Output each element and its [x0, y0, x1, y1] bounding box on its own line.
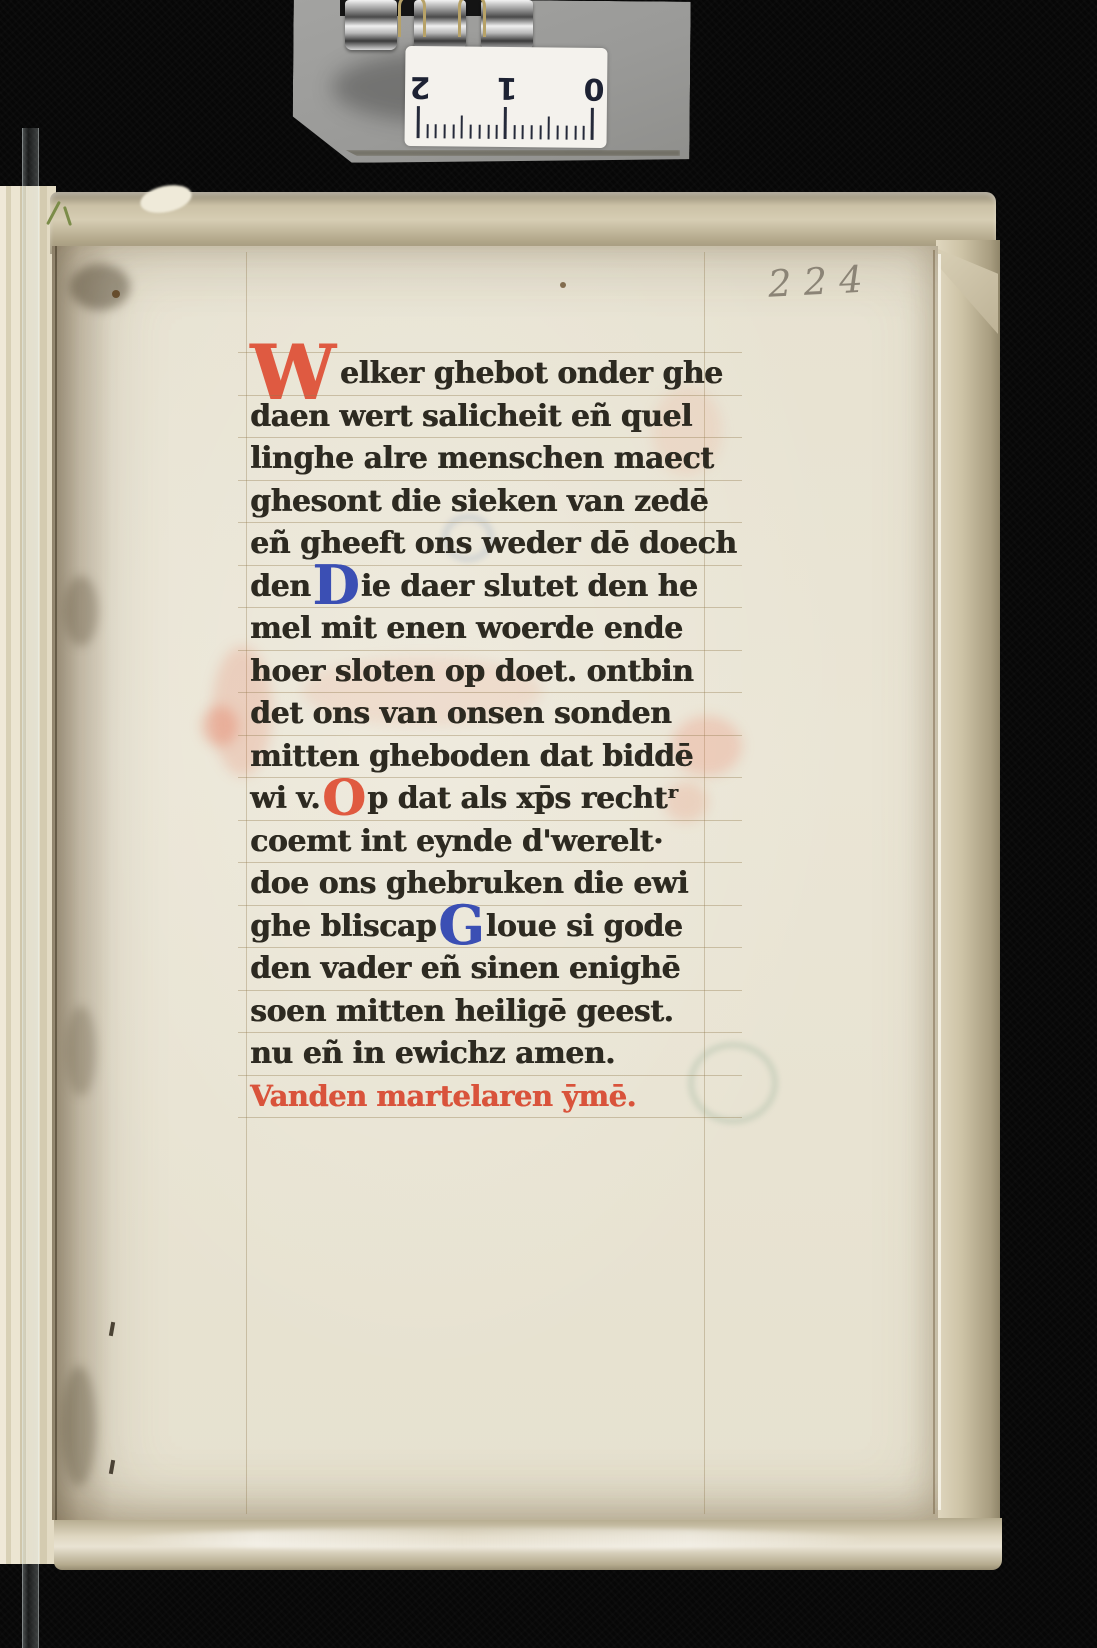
text-line: mitten gheboden dat biddē [238, 735, 742, 778]
ruler-tick [426, 124, 428, 138]
stain [70, 264, 130, 310]
ruler-tick [470, 125, 472, 139]
text-segment: coemt int eynde d'werelt· [250, 824, 663, 859]
book-cover-top-edge [50, 192, 996, 254]
text-line: Welker ghebot onder ghe [238, 352, 742, 395]
text-line: ghe bliscapGloue si gode [238, 905, 742, 948]
text-line: denDie daer slutet den he [238, 565, 742, 608]
clip-wire-icon [398, 0, 426, 37]
text-line: doe ons ghebruken die ewi [238, 862, 742, 905]
book-cover-fore-edge [936, 240, 1000, 1540]
initial-letter: O [322, 768, 365, 827]
ruler-label: 0 [579, 71, 609, 106]
text-segment: nu eñ in ewichz amen. [250, 1036, 615, 1071]
text-line: nu eñ in ewichz amen. [238, 1032, 742, 1075]
ruler-tick [504, 107, 507, 139]
text-line: linghe alre menschen maect [238, 437, 742, 480]
ruler-tick [522, 125, 524, 139]
ruler-tick [444, 124, 446, 138]
text-line: soen mitten heiligē geest. [238, 990, 742, 1033]
text-segment: ie daer slutet den he [361, 569, 698, 604]
rubric-line: Vanden martelaren ȳmē. [238, 1075, 742, 1118]
page-edge-shadow [933, 250, 935, 1514]
text-segment: wi v. [250, 781, 320, 816]
ruler-label: 2 [405, 69, 435, 104]
text-segment: p dat als xp̄s rechtʳ [367, 781, 679, 816]
gutter-fold-line [55, 246, 57, 1520]
glass-rod [22, 128, 39, 1648]
gutter-shadow [52, 246, 112, 1520]
photographed-manuscript-scene: 012 224 Welker [0, 0, 1097, 1648]
text-line: daen wert salicheit eñ quel [238, 395, 742, 438]
text-segment: soen mitten heiligē geest. [250, 994, 673, 1029]
sewing-stitch [109, 1460, 115, 1474]
text-segment: den [250, 569, 310, 604]
stain [64, 576, 98, 646]
text-segment: mitten gheboden dat biddē [250, 739, 693, 774]
ruler-tick [531, 125, 533, 139]
stain [62, 1366, 96, 1486]
text-segment: loue si gode [486, 909, 683, 944]
ruler-tick [565, 126, 567, 140]
text-segment: elker ghebot onder ghe [340, 356, 723, 391]
ruler-tick [478, 125, 480, 139]
folio-number: 224 [767, 257, 876, 306]
ruler-tick [557, 126, 559, 140]
ruler-tick [513, 125, 515, 139]
ruler-tick [452, 124, 454, 138]
sewing-stitch [109, 1322, 115, 1336]
text-segment: hoer sloten op doet. ontbin [250, 654, 693, 689]
manuscript-page: 224 Welker ghebot onder ghedaen wert sal… [52, 246, 938, 1520]
ruler-tick [583, 126, 585, 140]
text-line: coemt int eynde d'werelt· [238, 820, 742, 863]
ruler-tick [417, 106, 420, 138]
text-block: Welker ghebot onder ghedaen wert saliche… [250, 352, 730, 1118]
ruler-tick [539, 125, 541, 139]
text-segment: mel mit enen woerde ende [250, 611, 683, 646]
text-line: hoer sloten op doet. ontbin [238, 650, 742, 693]
text-line: wi v.Op dat als xp̄s rechtʳ [238, 777, 742, 820]
text-segment: den vader eñ sinen enighē [250, 951, 680, 986]
ruler-tick [435, 124, 437, 138]
binder-clip-foot-icon [481, 0, 533, 50]
text-line: det ons van onsen sonden [238, 692, 742, 735]
photo-card-edge [300, 150, 680, 156]
text-segment: ghe bliscap [250, 909, 436, 944]
ruler-tick [591, 108, 594, 140]
page-under-edge [938, 254, 941, 1510]
cover-sheen [120, 1528, 880, 1550]
scale-ruler: 012 [404, 46, 607, 148]
ruler-tick [548, 116, 550, 139]
ruler-tick [574, 126, 576, 140]
text-segment: daen wert salicheit eñ quel [250, 399, 692, 434]
text-segment: Vanden martelaren ȳmē. [250, 1079, 636, 1113]
text-segment: ghesont die sieken van zedē [250, 484, 708, 519]
ruler-label: 1 [492, 70, 522, 105]
ruler-tick [461, 116, 463, 139]
text-line: ghesont die sieken van zedē [238, 480, 742, 523]
text-line: den vader eñ sinen enighē [238, 947, 742, 990]
ruler-tick [496, 125, 498, 139]
red-offset-smudge [202, 706, 238, 746]
stain [66, 1006, 96, 1096]
fleck [112, 290, 120, 298]
text-line: mel mit enen woerde ende [238, 607, 742, 650]
text-segment: linghe alre menschen maect [250, 441, 713, 476]
clip-wire-icon [458, 0, 486, 37]
ruler-tick [487, 125, 489, 139]
fleck [560, 282, 566, 288]
binder-clip-foot-icon [345, 0, 397, 50]
text-segment: det ons van onsen sonden [250, 696, 671, 731]
